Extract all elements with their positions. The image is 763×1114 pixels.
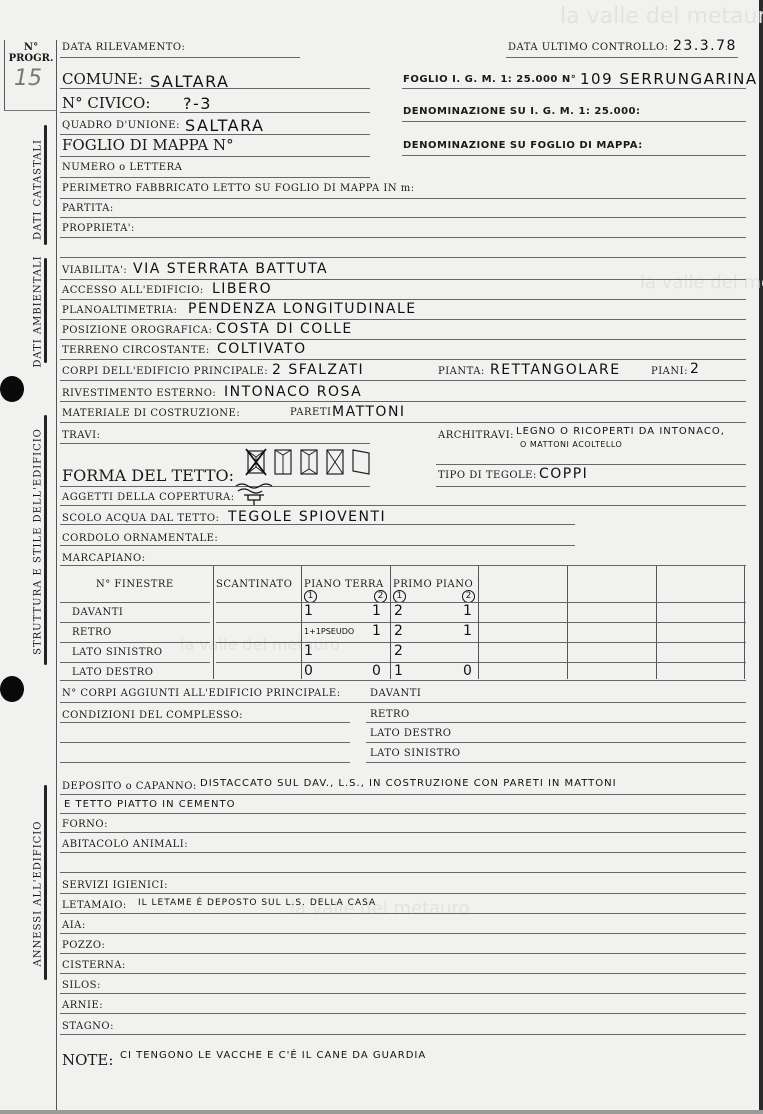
window-count-pp2[interactable]: 1 <box>463 603 473 619</box>
page-edge <box>759 0 763 1114</box>
perimetro-label: PERIMETRO FABBRICATO LETTO SU FOGLIO DI … <box>62 183 415 194</box>
posizione-label: POSIZIONE OROGRAFICA: <box>62 325 212 336</box>
table-divider <box>213 566 214 679</box>
rule <box>60 852 746 853</box>
punch-hole <box>0 376 24 402</box>
prog-box-line <box>4 110 56 111</box>
rule <box>60 380 746 381</box>
window-count-pp1[interactable]: 1 <box>394 663 404 679</box>
posizione-value[interactable]: COSTA DI COLLE <box>216 321 353 337</box>
double-gable-roof-icon[interactable] <box>299 448 319 476</box>
section-label-annessi: ANNESSI ALL'EDIFICIO <box>33 821 44 967</box>
section-label-catastali: DATI CATASTALI <box>33 139 44 240</box>
rule <box>60 913 746 914</box>
architravi-value-line2[interactable]: O MATTONI ACOLTELLO <box>520 440 622 449</box>
rule <box>60 973 746 974</box>
rule <box>402 88 746 89</box>
pianta-value[interactable]: RETTANGOLARE <box>490 362 621 378</box>
data-ultimo-controllo-label: DATA ULTIMO CONTROLLO: <box>508 42 669 53</box>
flat-roof-icon[interactable] <box>351 448 371 476</box>
corpi-side-davanti: DAVANTI <box>370 688 421 699</box>
margin-line <box>56 40 57 1110</box>
foglio-igm-value[interactable]: 109 SERRUNGARINA <box>580 70 758 88</box>
rule <box>60 545 575 546</box>
rule <box>60 722 350 723</box>
materiale-value[interactable]: MATTONI <box>332 404 406 420</box>
window-count-pp1[interactable]: 2 <box>394 603 404 619</box>
watermark: la valle del metauro <box>180 635 340 654</box>
corpi-value[interactable]: 2 SFALZATI <box>272 362 364 378</box>
piani-label: PIANI: <box>651 366 688 377</box>
note-value[interactable]: CI TENGONO LE VACCHE E C'É IL CANE DA GU… <box>120 1050 426 1061</box>
survey-form-page: la valle del metauro la valle del metaur… <box>0 0 763 1114</box>
eave-sketch-icon <box>234 482 274 506</box>
rule <box>60 933 746 934</box>
corpi-side-retro: RETRO <box>370 709 410 720</box>
rivestimento-value[interactable]: INTONACO ROSA <box>224 384 362 400</box>
tipo-tegole-value[interactable]: COPPI <box>539 466 588 482</box>
watermark: la valle del metauro <box>640 272 763 293</box>
materiale-sub-label: PARETI <box>290 407 331 418</box>
window-count-pp2[interactable]: 0 <box>463 663 473 679</box>
accesso-value[interactable]: LIBERO <box>212 281 272 297</box>
rule <box>60 134 370 135</box>
tipo-tegole-label: TIPO DI TEGOLE: <box>438 470 537 481</box>
window-count-pt1[interactable]: 1 <box>304 603 314 619</box>
stagno-label: STAGNO: <box>62 1021 114 1032</box>
rule <box>216 602 746 603</box>
rule <box>366 722 746 723</box>
marcapiano-label: MARCAPIANO: <box>62 553 146 564</box>
rule <box>60 702 746 703</box>
rule <box>366 762 746 763</box>
window-count-pt2[interactable]: 0 <box>372 663 382 679</box>
rule <box>60 662 210 663</box>
rule <box>216 642 746 643</box>
rule <box>60 762 350 763</box>
rule <box>216 662 746 663</box>
silos-label: SILOS: <box>62 980 101 991</box>
scantinato-header: SCANTINATO <box>216 579 292 590</box>
rule <box>60 505 746 506</box>
rule <box>60 565 746 566</box>
rule <box>216 622 746 623</box>
architravi-label: ARCHITRAVI: <box>438 430 514 441</box>
data-rilevamento-label: DATA RILEVAMENTO: <box>62 42 185 53</box>
foglio-igm-label: FOGLIO I. G. M. 1: 25.000 N° <box>403 74 576 85</box>
prog-label: N° PROGR. <box>8 42 54 64</box>
rule <box>402 155 746 156</box>
deposito-label: DEPOSITO o CAPANNO: <box>62 781 197 792</box>
rule <box>60 832 746 833</box>
piano-terra-header: PIANO TERRA <box>304 579 384 590</box>
corpi-side-lato-destro: LATO DESTRO <box>370 728 451 739</box>
civico-value[interactable]: ?-3 <box>183 94 212 113</box>
letamaio-label: LETAMAIO: <box>62 900 127 911</box>
quadro-unione-value[interactable]: SALTARA <box>185 116 265 135</box>
rule <box>60 642 210 643</box>
corpi-side-lato-sinistro: LATO SINISTRO <box>370 748 461 759</box>
comune-label: COMUNE: <box>62 70 143 88</box>
rule <box>60 237 746 238</box>
window-count-pt2[interactable]: 1 <box>372 603 382 619</box>
rule <box>60 1013 746 1014</box>
scolo-value[interactable]: TEGOLE SPIOVENTI <box>228 509 386 525</box>
rule <box>60 1034 746 1035</box>
data-ultimo-controllo-value[interactable]: 23.3.78 <box>673 38 737 54</box>
forno-label: FORNO: <box>62 819 108 830</box>
gable-roof-icon[interactable] <box>273 448 293 476</box>
rule <box>60 401 746 402</box>
prog-value[interactable]: 15 <box>14 66 42 91</box>
section-brace <box>44 125 47 245</box>
primo-piano-header: PRIMO PIANO <box>393 579 473 590</box>
architravi-value-line1[interactable]: LEGNO O RICOPERTI DA INTONACO, <box>516 426 725 437</box>
planoaltimetria-value[interactable]: PENDENZA LONGITUDINALE <box>188 301 417 317</box>
punch-hole <box>0 676 24 702</box>
rule <box>60 443 370 444</box>
section-brace <box>44 415 47 665</box>
window-count-pp1[interactable]: 2 <box>394 623 404 639</box>
rule <box>60 112 370 113</box>
note-label: NOTE: <box>62 1051 113 1069</box>
civico-label: N° CIVICO: <box>62 94 150 112</box>
section-label-ambientali: DATI AMBIENTALI <box>33 255 44 367</box>
cordolo-label: CORDOLO ORNAMENTALE: <box>62 533 218 544</box>
quadro-unione-label: QUADRO D'UNIONE: <box>62 120 180 131</box>
denominazione-igm-label: DENOMINAZIONE SU I. G. M. 1: 25.000: <box>403 106 641 117</box>
deposito-value-line1[interactable]: DISTACCATO SUL DAV., L.S., IN COSTRUZION… <box>200 778 617 789</box>
rule <box>60 299 746 300</box>
rule <box>60 257 746 258</box>
window-row-label: DAVANTI <box>72 607 123 618</box>
rule <box>60 602 210 603</box>
rule <box>60 319 746 320</box>
planoaltimetria-label: PLANOALTIMETRIA: <box>62 305 178 316</box>
viabilita-value[interactable]: VIA STERRATA BATTUTA <box>133 261 328 277</box>
arnie-label: ARNIE: <box>62 1000 103 1011</box>
cisterna-label: CISTERNA: <box>62 960 126 971</box>
foglio-mappa-label: FOGLIO DI MAPPA N° <box>62 136 234 154</box>
section-label-struttura: STRUTTURA E STILE DELL'EDIFICIO <box>33 428 44 655</box>
terreno-value[interactable]: COLTIVATO <box>217 341 307 357</box>
window-row-label: LATO SINISTRO <box>72 647 163 658</box>
section-brace <box>44 258 47 363</box>
abitacolo-label: ABITACOLO ANIMALI: <box>62 839 188 850</box>
finestre-header: N° FINESTRE <box>96 579 174 590</box>
rule <box>60 359 746 360</box>
rule <box>60 177 370 178</box>
aia-label: AIA: <box>62 920 86 931</box>
numero-lettera-label: NUMERO o LETTERA <box>62 162 182 173</box>
hip-roof-icon[interactable] <box>245 448 267 476</box>
watermark: la valle del metauro <box>560 4 763 29</box>
rule <box>436 486 746 487</box>
terreno-label: TERRENO CIRCOSTANTE: <box>62 345 210 356</box>
rule <box>60 88 370 89</box>
condizioni-label: CONDIZIONI DEL COMPLESSO: <box>62 710 243 721</box>
denominazione-mappa-label: DENOMINAZIONE SU FOGLIO DI MAPPA: <box>403 140 643 151</box>
rule <box>60 279 746 280</box>
window-count-pt1[interactable]: 0 <box>304 663 314 679</box>
window-count-pt1[interactable]: 1+1PSEUDO <box>304 627 354 636</box>
letamaio-value[interactable]: IL LETAME É DEPOSTO SUL L.S. DELLA CASA <box>138 898 376 908</box>
rule <box>60 422 746 423</box>
page-edge-bottom <box>0 1110 763 1114</box>
window-row-label: LATO DESTRO <box>72 667 153 678</box>
accesso-label: ACCESSO ALL'EDIFICIO: <box>62 285 204 296</box>
rule <box>60 893 746 894</box>
piani-value[interactable]: 2 <box>690 361 700 377</box>
window-count-pp2[interactable]: 1 <box>463 623 473 639</box>
scolo-label: SCOLO ACQUA DAL TETTO: <box>62 513 219 524</box>
corpi-aggiunti-label: N° CORPI AGGIUNTI ALL'EDIFICIO PRINCIPAL… <box>62 688 341 699</box>
rule <box>60 813 746 814</box>
pozzo-label: POZZO: <box>62 940 105 951</box>
partita-label: PARTITA: <box>62 203 114 214</box>
rivestimento-label: RIVESTIMENTO ESTERNO: <box>62 388 216 399</box>
travi-label: TRAVI: <box>62 430 100 441</box>
pavilion-roof-icon[interactable] <box>325 448 345 476</box>
rule <box>60 993 746 994</box>
roof-shape-options <box>245 448 371 476</box>
rule <box>60 198 746 199</box>
rule <box>60 57 300 58</box>
rule <box>60 156 370 157</box>
rule <box>436 464 746 465</box>
window-count-pp1[interactable]: 2 <box>394 643 404 659</box>
rule <box>60 622 210 623</box>
rule <box>60 217 746 218</box>
rule <box>60 794 746 795</box>
rule <box>402 121 746 122</box>
rule <box>60 524 575 525</box>
deposito-value-line2[interactable]: E TETTO PIATTO IN CEMENTO <box>64 799 235 810</box>
aggetti-label: AGGETTI DELLA COPERTURA: <box>62 492 235 503</box>
rule <box>60 680 746 681</box>
section-brace <box>44 785 47 980</box>
rule <box>366 742 746 743</box>
window-count-pt2[interactable]: 1 <box>372 623 382 639</box>
prog-box-line <box>4 40 5 110</box>
rule <box>506 57 738 58</box>
rule <box>60 953 746 954</box>
rule <box>60 742 350 743</box>
pianta-label: PIANTA: <box>438 366 485 377</box>
viabilita-label: VIABILITA': <box>62 265 127 276</box>
materiale-label: MATERIALE DI COSTRUZIONE: <box>62 408 240 419</box>
rule <box>60 339 746 340</box>
window-row-label: RETRO <box>72 627 112 638</box>
rule <box>60 486 370 487</box>
rule <box>60 872 746 873</box>
proprieta-label: PROPRIETA': <box>62 223 135 234</box>
servizi-label: SERVIZI IGIENICI: <box>62 880 168 891</box>
forma-tetto-label: FORMA DEL TETTO: <box>62 466 234 485</box>
corpi-label: CORPI DELL'EDIFICIO PRINCIPALE: <box>62 366 268 377</box>
window-count-pt1[interactable]: 1 <box>304 643 314 659</box>
